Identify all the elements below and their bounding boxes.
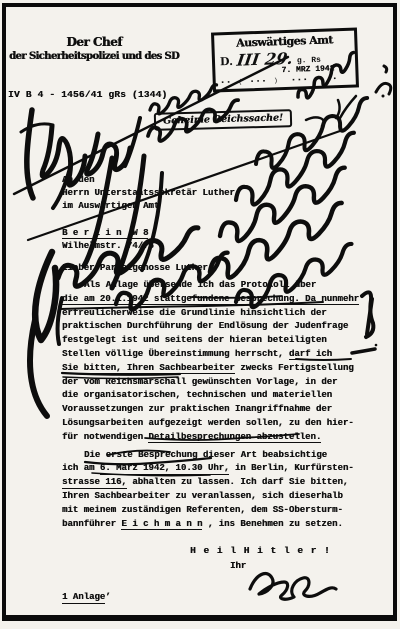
scan-speck bbox=[375, 344, 378, 347]
hand-underline bbox=[62, 373, 180, 375]
hand-underline bbox=[145, 434, 299, 440]
handwriting-scribble bbox=[35, 252, 56, 340]
handwriting-scribble bbox=[125, 118, 140, 166]
handwritten-annotations bbox=[0, 0, 400, 629]
hand-underline bbox=[85, 458, 211, 464]
document-scan: Der Chef der Sicherheitspolizei und des … bbox=[0, 0, 400, 629]
scan-speck bbox=[382, 95, 385, 98]
hand-underline bbox=[92, 473, 210, 476]
hand-underline bbox=[296, 359, 351, 360]
margin-mark bbox=[352, 349, 375, 353]
hand-underline bbox=[60, 302, 323, 309]
handwriting-scribble bbox=[58, 298, 62, 344]
handwriting-scribble bbox=[110, 252, 235, 313]
handwriting-scribble bbox=[21, 124, 53, 132]
handwriting-scribble bbox=[336, 100, 340, 118]
handwriting-scribble bbox=[292, 52, 363, 101]
handwriting-scribble bbox=[340, 96, 356, 118]
scan-speck bbox=[338, 111, 340, 113]
diagonal-stroke bbox=[14, 57, 288, 194]
handwriting-scribble bbox=[306, 117, 324, 126]
hand-underline bbox=[108, 451, 170, 455]
handwriting-scribble bbox=[384, 66, 387, 72]
handwriting-scribble bbox=[376, 83, 391, 94]
handwriting-scribble bbox=[248, 98, 379, 174]
hand-underline bbox=[63, 377, 178, 379]
signature bbox=[250, 574, 336, 600]
